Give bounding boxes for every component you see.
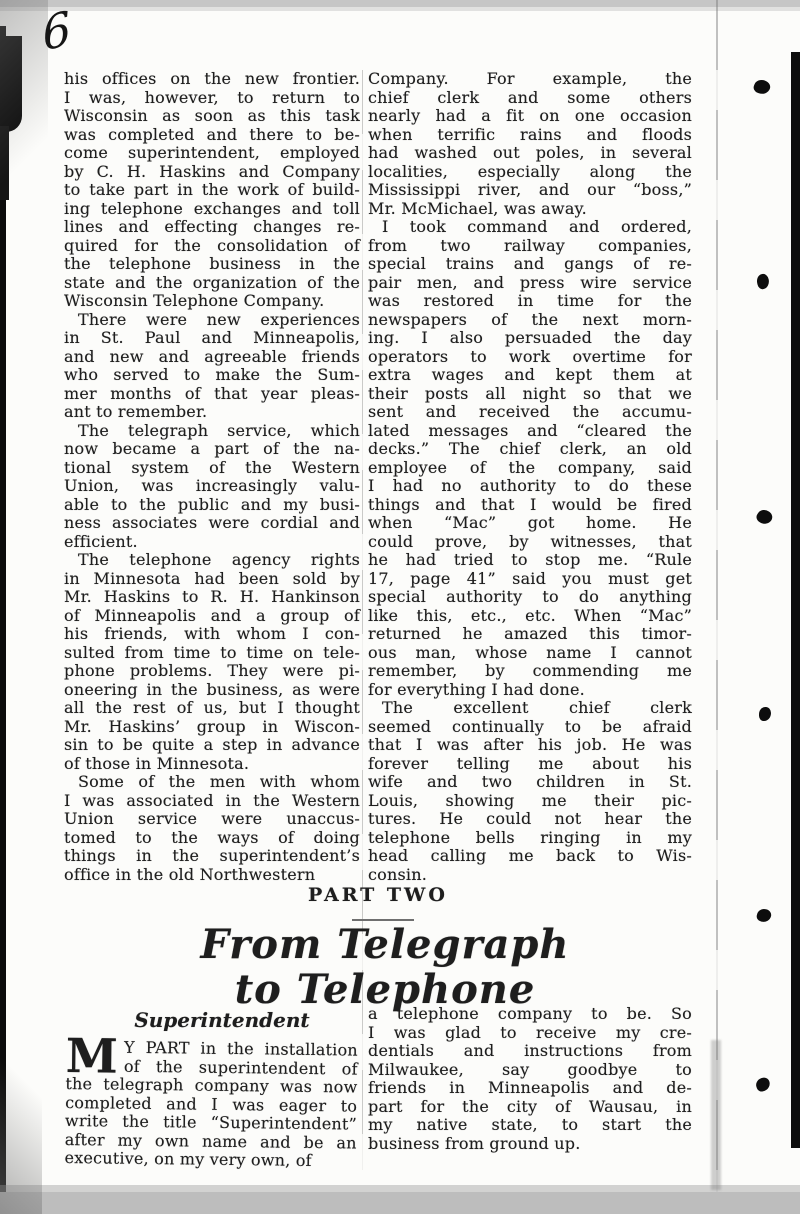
page-fold-smudge (711, 1040, 721, 1190)
text-line: Company. For example, the (368, 70, 692, 89)
scanner-edge-right (791, 52, 800, 1148)
text-line: of Minneapolis and a group of (64, 607, 360, 626)
paragraph: his offices on the new frontier.I was, h… (64, 70, 360, 311)
right-column-top: Company. For example, thechief clerk and… (368, 70, 692, 884)
text-line: that I was after his job. He was (368, 736, 692, 755)
paragraph: The excellent chief clerkseemed continua… (368, 699, 692, 884)
text-line: Milwaukee, say goodbye to (368, 1061, 692, 1080)
text-line: ing telephone exchanges and toll (64, 200, 360, 219)
text-line: was restored in time for the (368, 292, 692, 311)
text-line: Mr. Haskins’ group in Wiscon- (64, 718, 360, 737)
paragraph: I took command and ordered,from two rail… (368, 218, 692, 699)
text-line: pair men, and press wire service (368, 274, 692, 293)
text-line: chief clerk and some others (368, 89, 692, 108)
text-line: 17, page 41” said you must get (368, 570, 692, 589)
scanner-edge-top (0, 0, 800, 7)
text-line: oneering in the business, as were (64, 681, 360, 700)
text-line: things in the superintendent’s (64, 847, 360, 866)
paragraph: a telephone company to be. SoI was glad … (368, 1005, 692, 1153)
part-heading: PART TWO (64, 884, 692, 906)
text-line: to take part in the work of build- (64, 181, 360, 200)
text-line: decks.” The chief clerk, an old (368, 440, 692, 459)
text-line: their posts all night so that we (368, 385, 692, 404)
text-line: special trains and gangs of re- (368, 255, 692, 274)
paragraph: The telephone agency rightsin Minnesota … (64, 551, 360, 773)
text-line: had washed out poles, in several (368, 144, 692, 163)
ink-blob-artifact (754, 507, 774, 527)
scanner-edge-bottom (0, 1192, 800, 1214)
text-line: sent and received the accumu- (368, 403, 692, 422)
text-line: when terrific rains and floods (368, 126, 692, 145)
scanned-document-page: 6 his offices on the new frontier.I was,… (0, 0, 800, 1214)
text-line: in Minnesota had been sold by (64, 570, 360, 589)
text-line: head calling me back to Wis- (368, 847, 692, 866)
text-line: localities, especially along the (368, 163, 692, 182)
text-line: special authority to do anything (368, 588, 692, 607)
text-line: consin. (368, 866, 692, 885)
text-line: dentials and instructions from (368, 1042, 692, 1061)
text-line: telephone bells ringing in my (368, 829, 692, 848)
paragraph: There were new experiencesin St. Paul an… (64, 311, 360, 422)
text-line: phone problems. They were pi- (64, 662, 360, 681)
text-line: extra wages and kept them at (368, 366, 692, 385)
paragraph: Some of the men with whomI was associate… (64, 773, 360, 884)
text-line: tional system of the Western (64, 459, 360, 478)
text-line: who served to make the Sum- (64, 366, 360, 385)
page-fold-line (716, 0, 718, 1192)
text-line: from two railway companies, (368, 237, 692, 256)
text-line: Mr. McMichael, was away. (368, 200, 692, 219)
text-line: the telephone business in the (64, 255, 360, 274)
text-line: ing. I also persuaded the day (368, 329, 692, 348)
text-line: I was, however, to return to (64, 89, 360, 108)
text-line: efficient. (64, 533, 360, 552)
text-line: all the rest of us, but I thought (64, 699, 360, 718)
dropcap-paragraph: M Y PART in the installationof the super… (64, 1038, 358, 1171)
text-line: sulted from time to time on tele- (64, 644, 360, 663)
ink-blob-artifact (756, 907, 773, 923)
text-line: a telephone company to be. So (368, 1005, 692, 1024)
left-column-top: his offices on the new frontier.I was, h… (64, 70, 360, 884)
text-line: quired for the consolidation of (64, 237, 360, 256)
chapter-title-line-1: From Telegraph (60, 922, 710, 967)
ink-blob-artifact (756, 273, 771, 290)
scanner-edge-left (0, 26, 6, 1214)
text-line: I was glad to receive my cre- (368, 1024, 692, 1043)
text-line: Wisconsin Telephone Company. (64, 292, 360, 311)
scanner-shade-bottom-left (0, 1058, 42, 1214)
text-line: business from ground up. (368, 1135, 692, 1154)
text-line: tomed to the ways of doing (64, 829, 360, 848)
ink-blob-artifact (759, 707, 771, 721)
text-line: state and the organization of the (64, 274, 360, 293)
text-line: mer months of that year pleas- (64, 385, 360, 404)
text-line: employee of the company, said (368, 459, 692, 478)
text-line: Wisconsin as soon as this task (64, 107, 360, 126)
paragraph: The telegraph service, whichnow became a… (64, 422, 360, 552)
ink-blob-artifact (754, 1076, 772, 1093)
text-line: able to the public and my busi- (64, 496, 360, 515)
scanner-edge-top-shade (0, 7, 800, 11)
text-line: his offices on the new frontier. (64, 70, 360, 89)
text-line: forever telling me about his (368, 755, 692, 774)
text-line: his friends, with whom I con- (64, 625, 360, 644)
text-line: nearly had a fit on one occasion (368, 107, 692, 126)
text-line: executive, on my very own, of (64, 1149, 356, 1171)
text-line: of those in Minnesota. (64, 755, 360, 774)
text-line: seemed continually to be afraid (368, 718, 692, 737)
text-line: could prove, by witnesses, that (368, 533, 692, 552)
text-line: sin to be quite a step in advance (64, 736, 360, 755)
text-line: lated messages and “cleared the (368, 422, 692, 441)
text-line: Union, was increasingly valu- (64, 477, 360, 496)
text-line: I was associated in the Western (64, 792, 360, 811)
text-line: and new and agreeable friends (64, 348, 360, 367)
scanner-shade-top-left (0, 0, 48, 200)
text-line: newspapers of the next morn- (368, 311, 692, 330)
text-line: The telephone agency rights (64, 551, 360, 570)
text-line: lines and effecting changes re- (64, 218, 360, 237)
text-line: now became a part of the na- (64, 440, 360, 459)
scanner-edge-bottom-shade (0, 1185, 800, 1192)
text-line: I took command and ordered, (368, 218, 692, 237)
text-line: The telegraph service, which (64, 422, 360, 441)
text-line: come superintendent, employed (64, 144, 360, 163)
text-line: operators to work overtime for (368, 348, 692, 367)
text-line: Mississippi river, and our “boss,” (368, 181, 692, 200)
text-line: like this, etc., etc. When “Mac” (368, 607, 692, 626)
text-line: Some of the men with whom (64, 773, 360, 792)
text-line: wife and two children in St. (368, 773, 692, 792)
text-line: I had no authority to do these (368, 477, 692, 496)
text-line: part for the city of Wausau, in (368, 1098, 692, 1117)
section-subheading: Superintendent (84, 1008, 360, 1032)
text-line: for everything I had done. (368, 681, 692, 700)
text-line: ant to remember. (64, 403, 360, 422)
text-line: things and that I would be fired (368, 496, 692, 515)
text-line: Louis, showing me their pic- (368, 792, 692, 811)
text-line: ness associates were cordial and (64, 514, 360, 533)
text-line: ous man, whose name I cannot (368, 644, 692, 663)
text-line: There were new experiences (64, 311, 360, 330)
text-line: my native state, to start the (368, 1116, 692, 1135)
text-line: he had tried to stop me. “Rule (368, 551, 692, 570)
text-line: friends in Minneapolis and de- (368, 1079, 692, 1098)
left-column-bottom: M Y PART in the installationof the super… (64, 1038, 358, 1171)
dropcap-letter: M (66, 1038, 125, 1076)
text-line: Mr. Haskins to R. H. Hankinson (64, 588, 360, 607)
text-line: office in the old Northwestern (64, 866, 360, 885)
chapter-title: From Telegraph to Telephone (60, 922, 710, 1012)
handwritten-page-number: 6 (40, 0, 74, 61)
text-line: tures. He could not hear the (368, 810, 692, 829)
ink-blob-artifact (752, 78, 772, 97)
text-line: returned he amazed this timor- (368, 625, 692, 644)
text-line: Union service were unaccus- (64, 810, 360, 829)
text-line: in St. Paul and Minneapolis, (64, 329, 360, 348)
text-line: when “Mac” got home. He (368, 514, 692, 533)
paragraph: Company. For example, thechief clerk and… (368, 70, 692, 218)
right-column-bottom: a telephone company to be. SoI was glad … (368, 1005, 692, 1153)
text-line: remember, by commending me (368, 662, 692, 681)
text-line: was completed and there to be- (64, 126, 360, 145)
text-line: by C. H. Haskins and Company (64, 163, 360, 182)
text-line: The excellent chief clerk (368, 699, 692, 718)
